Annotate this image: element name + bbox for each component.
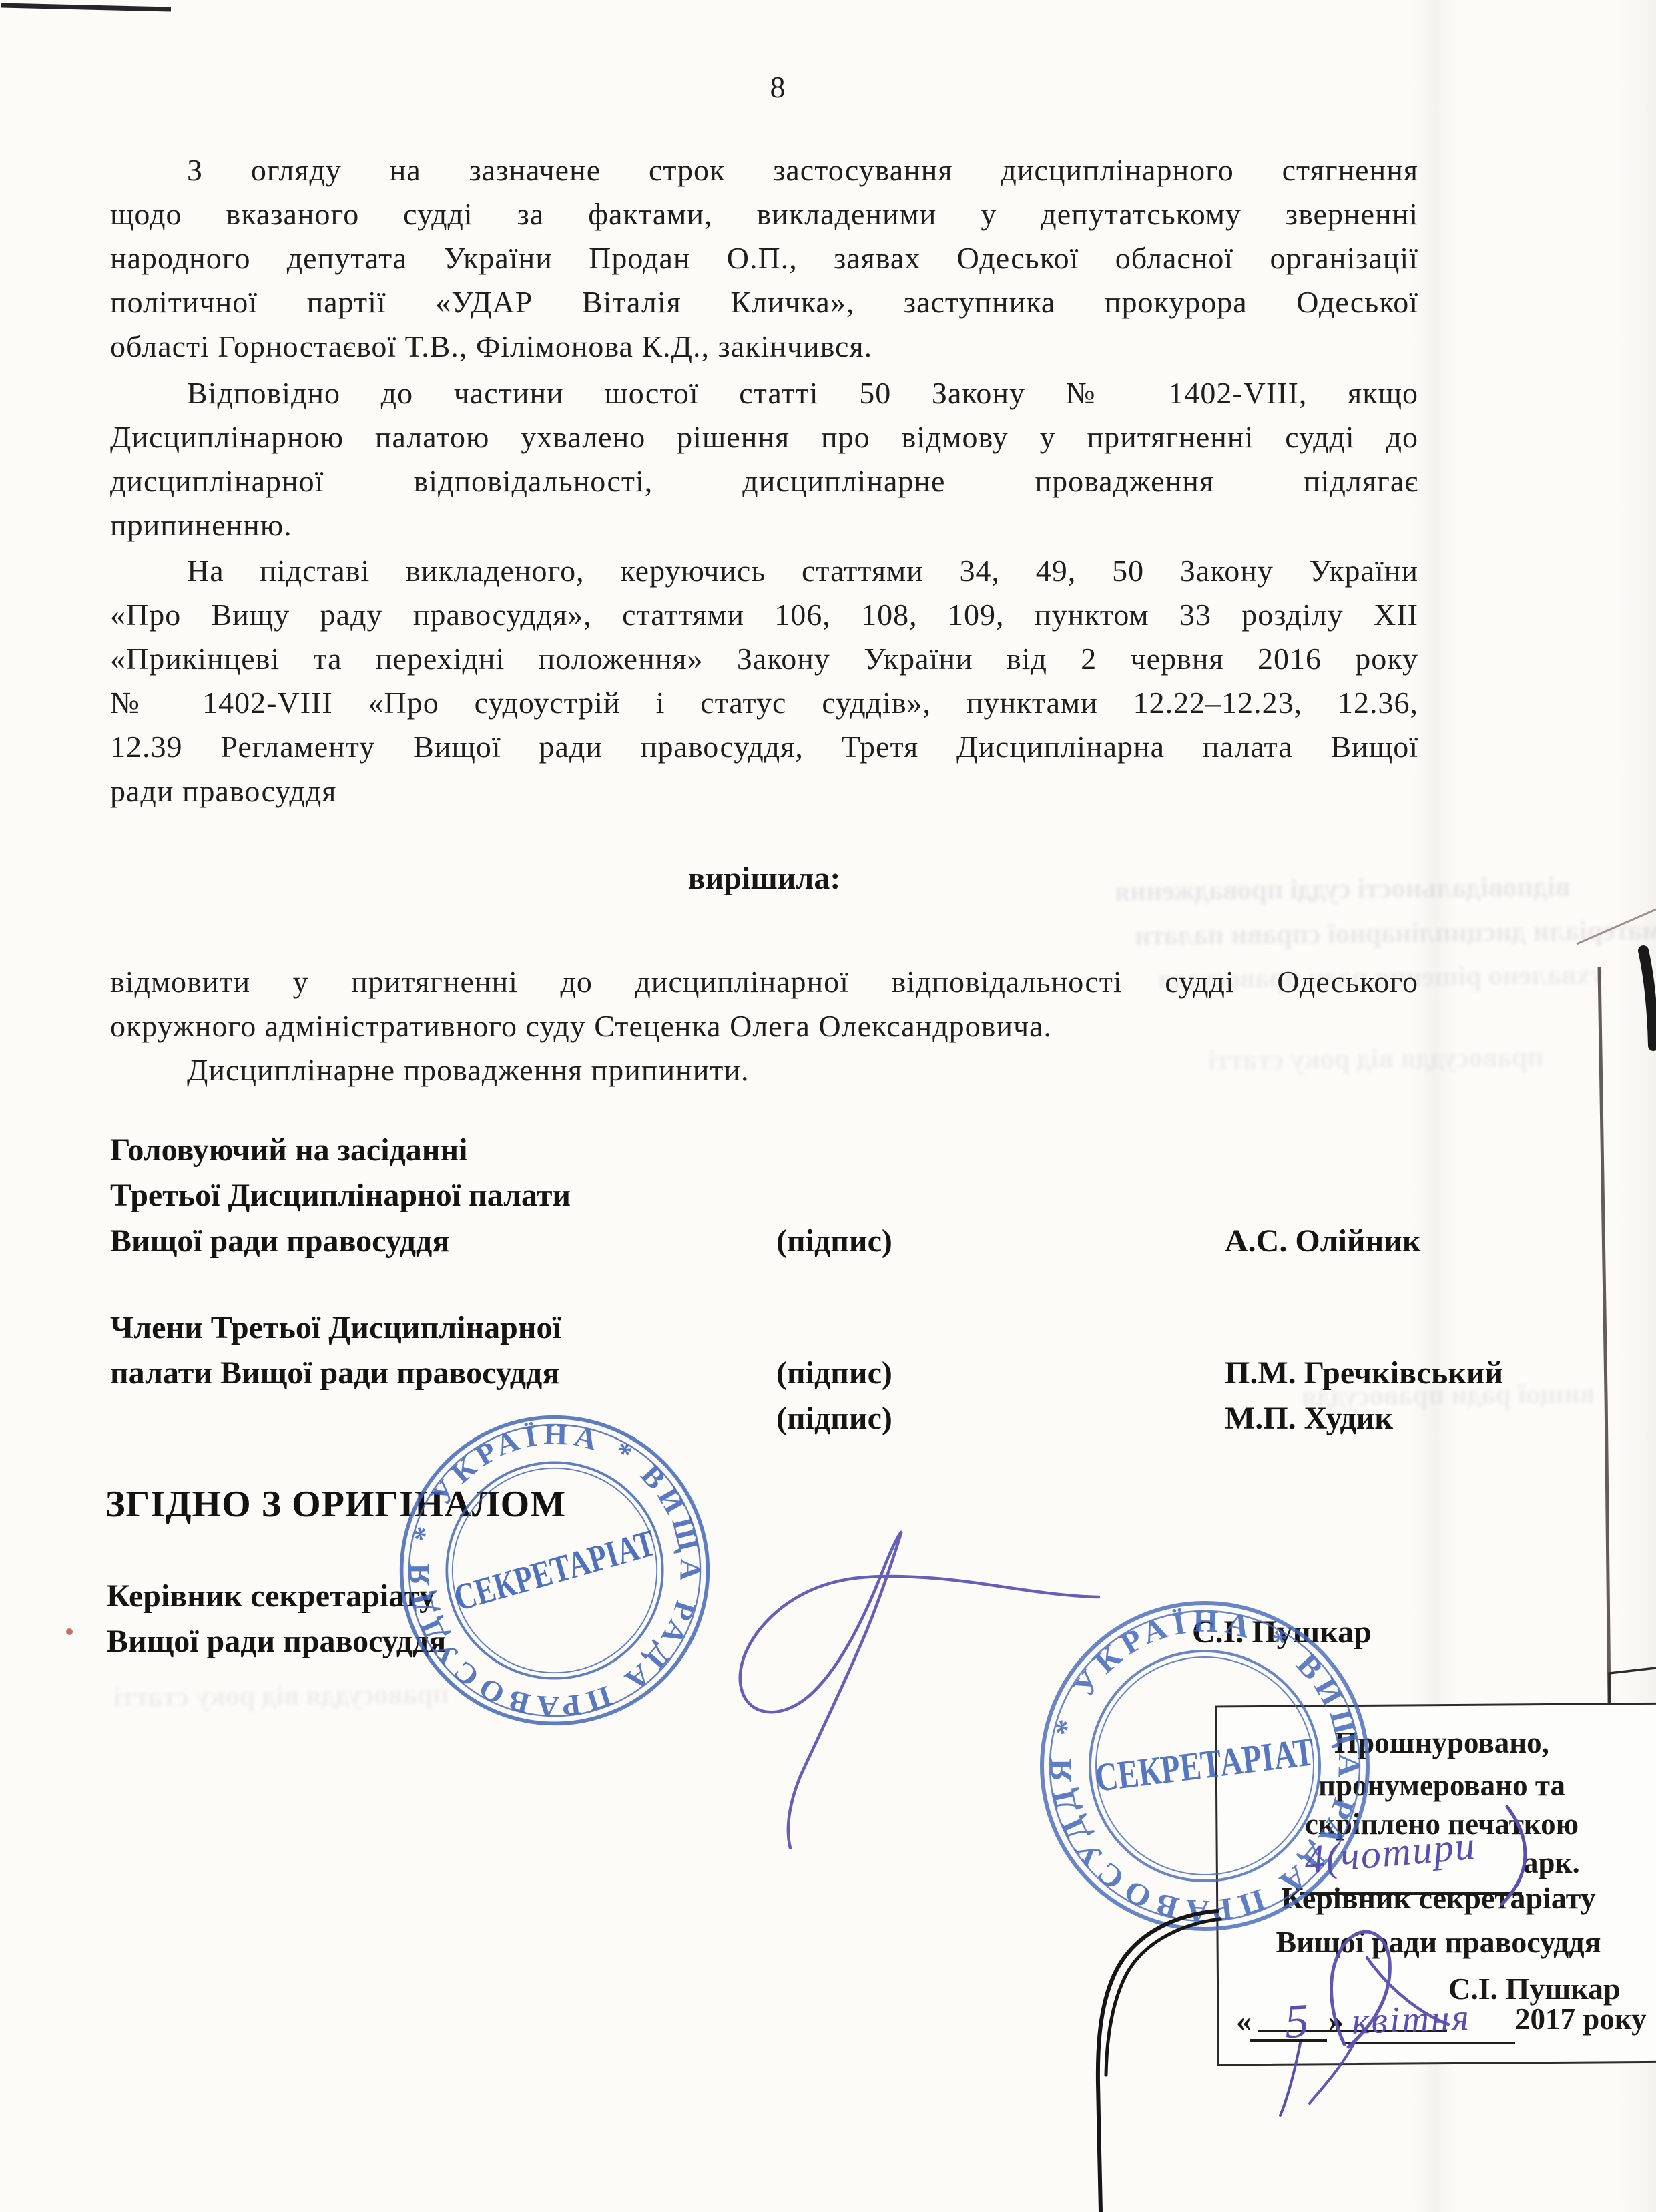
date-year-label: 2017 року (1515, 2002, 1647, 2036)
scanned-document-page: відповідальності судді провадження матер… (0, 0, 1656, 2212)
signature-underline (1258, 2030, 1447, 2032)
stamp-center-text: СЕКРЕТАРІАТ (450, 1522, 660, 1619)
round-seal-stamp-secretariat: УКРАЇНА * ВИЩА РАДА ПРАВОСУДДЯ * СЕКРЕТА… (398, 1413, 712, 1727)
date-quote-open: « (1236, 2003, 1252, 2038)
date-day-underline (1250, 2039, 1327, 2042)
round-seal-stamp-secretariat: УКРАЇНА * ВИЩА РАДА ПРАВОСУДДЯ * СЕКРЕТА… (1038, 1599, 1372, 1933)
sheets-unit-label: арк. (1523, 1845, 1580, 1880)
date-quote-close: » (1328, 2003, 1344, 2038)
stamp-center-text: СЕКРЕТАРІАТ (1093, 1729, 1317, 1800)
date-month-underline (1342, 2042, 1515, 2044)
